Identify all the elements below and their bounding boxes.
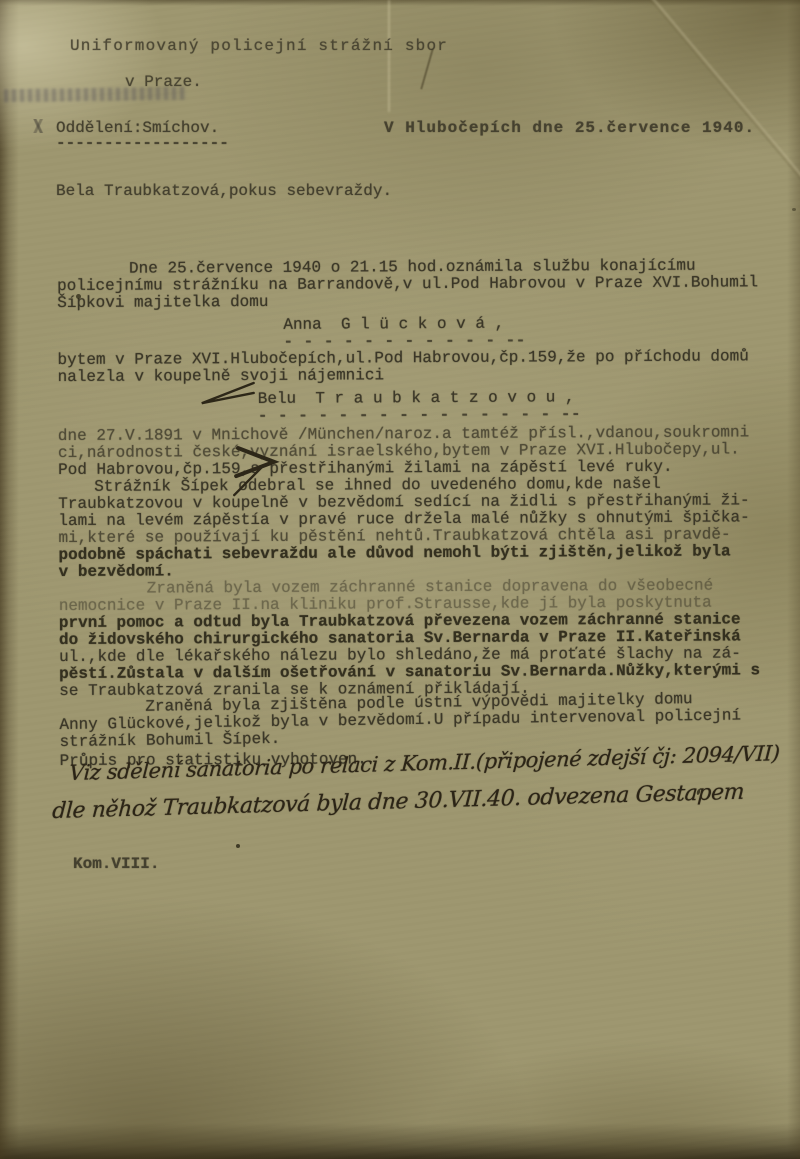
unit-name-line2: v Praze.	[125, 74, 202, 91]
typed-line: nalezla v koupelně svoji nájemnici	[58, 365, 778, 386]
subject-line: Bela Traubkatzová,pokus sebevraždy.	[56, 183, 392, 200]
paper-crease-diagonal	[649, 0, 800, 181]
typed-line: Šípkovi majitelka domu	[57, 291, 777, 312]
office-designation: Kom.VIII.	[73, 856, 159, 873]
report-body: Dne 25.července 1940 o 21.15 hod.oznámil…	[57, 257, 780, 770]
handwritten-chevron-mark	[232, 445, 282, 499]
ink-speck	[236, 844, 240, 848]
department-underline: ------------------	[56, 135, 229, 152]
handwritten-note-line2: dle něhož Traubkatzová byla dne 30.VII.4…	[51, 780, 744, 825]
pencil-check-mark	[24, 119, 52, 133]
paper-fold-line	[388, 0, 390, 112]
ink-speck	[792, 208, 796, 211]
document-page: Uniformovaný policejní strážní sbor v Pr…	[0, 0, 800, 1159]
ink-speck	[76, 294, 81, 299]
handwritten-arrow-mark	[196, 377, 258, 407]
unit-name-line1: Uniformovaný policejní strážní sbor	[70, 38, 448, 55]
place-date-line: V Hlubočepích dne 25.července 1940.	[384, 120, 755, 137]
